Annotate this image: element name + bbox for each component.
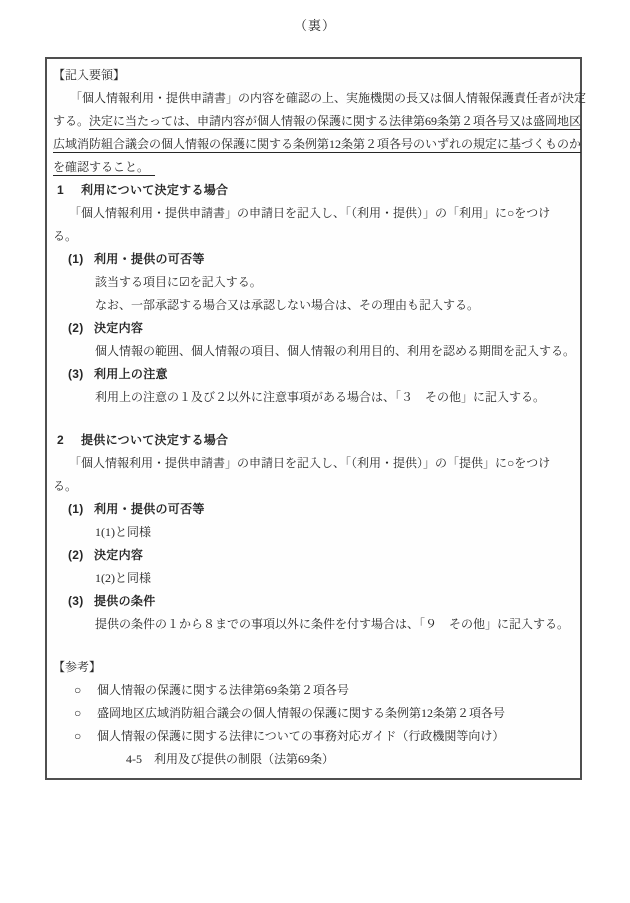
section1-item1-body1: 該当する項目に☑を記入する。 — [53, 271, 574, 294]
section1-heading: 1利用について決定する場合 — [53, 179, 574, 202]
sanko-item-3-subline: 4-5 利用及び提供の制限（法第69条） — [53, 748, 574, 771]
section1-item3-number: (3) — [68, 363, 86, 386]
sanko-item-2: ○盛岡地区広域消防組合議会の個人情報の保護に関する条例第12条第２項各号 — [53, 702, 574, 725]
section2-title: 提供について決定する場合 — [81, 433, 228, 447]
section1-intro-line1: 「個人情報利用・提供申請書」の申請日を記入し、「（利用・提供）」の「利用」に○を… — [53, 202, 574, 225]
sanko-item-2-text: 盛岡地区広域消防組合議会の個人情報の保護に関する条例第12条第２項各号 — [97, 706, 505, 720]
kinyu-yoryo-label: 【記入要領】 — [53, 64, 574, 87]
document-page: { "colors": { "text": "#262626", "box_bo… — [0, 0, 630, 903]
kinyu-paragraph-line4: を確認すること。 — [53, 156, 574, 179]
kinyu-line2-plain: する。 — [53, 114, 89, 128]
section1-item1-number: (1) — [68, 248, 86, 271]
section2-item3-number: (3) — [68, 590, 86, 613]
kinyu-line3-underlined: 広域消防組合議会の個人情報の保護に関する条例第12条第２項各号のいずれの規定に基… — [53, 137, 581, 151]
section1-item2-title: 決定内容 — [94, 321, 143, 335]
section2-intro-line1: 「個人情報利用・提供申請書」の申請日を記入し、「（利用・提供）」の「提供」に○を… — [53, 452, 574, 475]
section2-heading: 2提供について決定する場合 — [53, 429, 574, 452]
sanko-label: 【参考】 — [53, 656, 574, 679]
section2-intro-line2: る。 — [53, 475, 574, 498]
sanko-item-3: ○個人情報の保護に関する法律についての事務対応ガイド（行政機関等向け） — [53, 725, 574, 748]
section-gap-1 — [53, 409, 574, 429]
section1-item3-title: 利用上の注意 — [94, 367, 168, 381]
section2-item2-number: (2) — [68, 544, 86, 567]
section1-item1-body2: なお、一部承認する場合又は承認しない場合は、その理由も記入する。 — [53, 294, 574, 317]
kinyu-line4-underlined: を確認すること。 — [53, 160, 155, 174]
section1-item1-heading: (1)利用・提供の可否等 — [53, 248, 574, 271]
section2-item1-title: 利用・提供の可否等 — [94, 502, 205, 516]
section2-number: 2 — [57, 429, 67, 452]
kinyu-paragraph-line3: 広域消防組合議会の個人情報の保護に関する条例第12条第２項各号のいずれの規定に基… — [53, 133, 574, 156]
sanko-item-3-text: 個人情報の保護に関する法律についての事務対応ガイド（行政機関等向け） — [97, 729, 504, 743]
section2-item2-title: 決定内容 — [94, 548, 143, 562]
section2-item3-body1: 提供の条件の１から８までの事項以外に条件を付す場合は、「９ その他」に記入する。 — [53, 613, 574, 636]
kinyu-paragraph-line2: する。決定に当たっては、申請内容が個人情報の保護に関する法律第69条第２項各号又… — [53, 110, 574, 133]
circle-bullet-icon: ○ — [74, 725, 87, 748]
section1-item2-number: (2) — [68, 317, 86, 340]
section1-item3-body1: 利用上の注意の１及び２以外に注意事項がある場合は、「３ その他」に記入する。 — [53, 386, 574, 409]
kinyu-line2-underlined: 決定に当たっては、申請内容が個人情報の保護に関する法律第69条第２項各号又は盛岡… — [89, 114, 581, 128]
section2-item2-body1: 1(2)と同様 — [53, 567, 574, 590]
section2-item3-heading: (3)提供の条件 — [53, 590, 574, 613]
page-side-label: （裏） — [0, 0, 630, 34]
section1-number: 1 — [57, 179, 67, 202]
section-gap-2 — [53, 636, 574, 656]
section1-item3-heading: (3)利用上の注意 — [53, 363, 574, 386]
sanko-item-1-text: 個人情報の保護に関する法律第69条第２項各号 — [97, 683, 349, 697]
section2-item1-heading: (1)利用・提供の可否等 — [53, 498, 574, 521]
section1-item1-title: 利用・提供の可否等 — [94, 252, 205, 266]
kinyu-paragraph-line1: 「個人情報利用・提供申請書」の内容を確認の上、実施機関の長又は個人情報保護責任者… — [53, 87, 574, 110]
section2-item1-number: (1) — [68, 498, 86, 521]
section2-item3-title: 提供の条件 — [94, 594, 156, 608]
section1-item2-body1: 個人情報の範囲、個人情報の項目、個人情報の利用目的、利用を認める期間を記入する。 — [53, 340, 574, 363]
section2-item2-heading: (2)決定内容 — [53, 544, 574, 567]
section1-intro-line2: る。 — [53, 225, 574, 248]
sanko-item-1: ○個人情報の保護に関する法律第69条第２項各号 — [53, 679, 574, 702]
circle-bullet-icon: ○ — [74, 702, 87, 725]
circle-bullet-icon: ○ — [74, 679, 87, 702]
section1-item2-heading: (2)決定内容 — [53, 317, 574, 340]
section2-item1-body1: 1(1)と同様 — [53, 521, 574, 544]
section1-title: 利用について決定する場合 — [81, 183, 228, 197]
instruction-box: 【記入要領】 「個人情報利用・提供申請書」の内容を確認の上、実施機関の長又は個人… — [45, 57, 582, 780]
